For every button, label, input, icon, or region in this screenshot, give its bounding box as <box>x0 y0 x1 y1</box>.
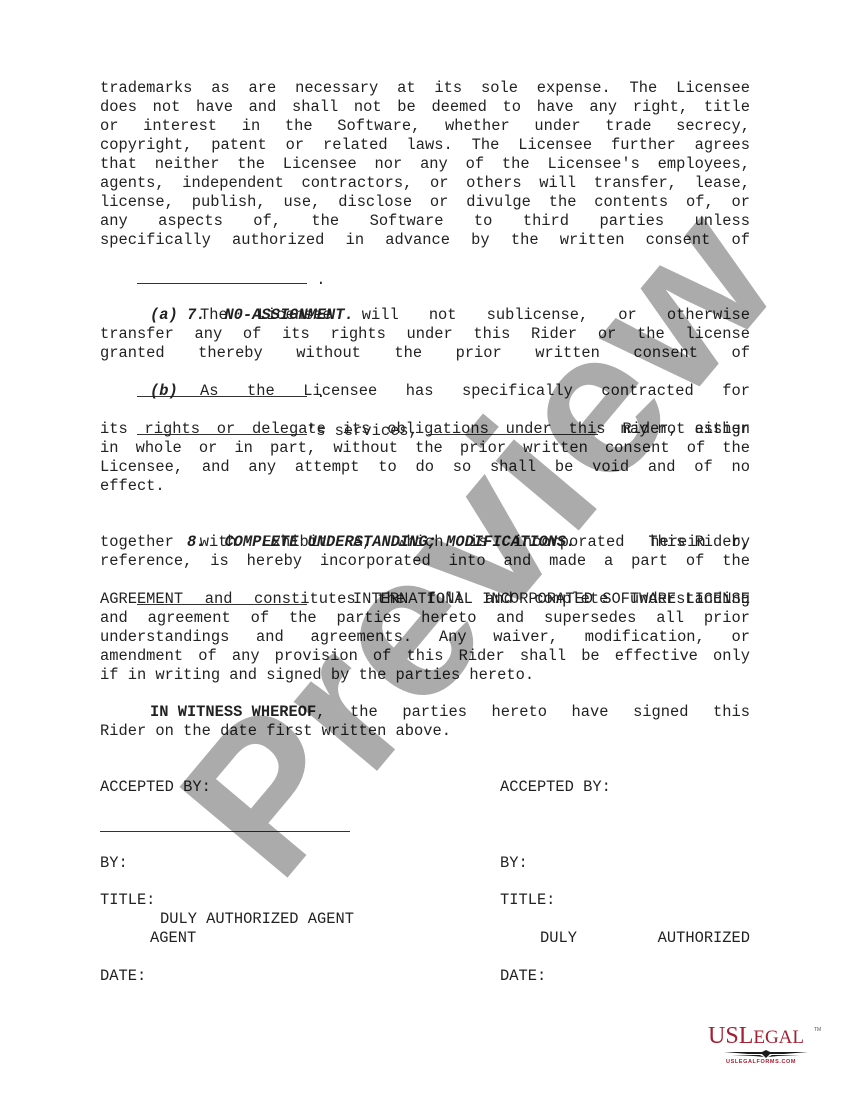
body-text-line: together with Exhibit A, which is incorp… <box>100 533 750 552</box>
title-word: AUTHORIZED <box>658 929 750 948</box>
body-text-line: understandings and agreements. Any waive… <box>100 628 750 647</box>
left-accepted-by-label: ACCEPTED BY: <box>100 778 400 797</box>
left-title-label: TITLE: <box>100 891 400 910</box>
logo-wordmark: USLEGAL <box>708 1024 804 1050</box>
body-text-line: in whole or in part, without the prior w… <box>100 439 750 458</box>
body-text-line: if in writing and signed by the parties … <box>100 666 750 685</box>
witness-first-line: IN WITNESS WHEREOF, the parties hereto h… <box>100 703 750 722</box>
clause-label: (b) <box>150 382 200 401</box>
body-text-line: AGREEMENT and constitutes the full and c… <box>100 590 750 609</box>
body-text-line: transfer any of its rights under this Ri… <box>100 325 750 344</box>
body-text-line: amendment of any provision of this Rider… <box>100 647 750 666</box>
right-accepted-by-label: ACCEPTED BY: <box>500 778 750 797</box>
body-text-line: or interest in the Software, whether und… <box>100 117 750 136</box>
title-word: DULY <box>540 929 577 948</box>
body-text: , the parties hereto have signed this <box>316 703 750 722</box>
body-text-line: effect. <box>100 477 750 496</box>
body-text-line: Licensee, and any attempt to do so shall… <box>100 458 750 477</box>
body-text-line: Rider on the date first written above. <box>100 722 750 741</box>
fill-in-blank[interactable] <box>137 269 307 284</box>
right-date-label: DATE: <box>500 967 750 986</box>
blank-line-consent-party: . <box>100 363 750 382</box>
section-7b-services-line: 's services,may not assign <box>100 401 750 420</box>
body-text-line: its rights or delegate its obligations u… <box>100 420 750 439</box>
section-7a-first-line: (a)The Licensee will not sublicense, or … <box>100 306 750 325</box>
body-text-line: that neither the Licensee nor any of the… <box>100 155 750 174</box>
witness-heading: IN WITNESS WHEREOF <box>150 703 316 722</box>
section-7-heading: 7.N0-ASSIGNMENT. <box>100 287 750 306</box>
body-text-line: specifically authorized in advance by th… <box>100 231 750 250</box>
right-title-label: TITLE: <box>500 891 750 910</box>
body-text-line: license, publish, use, disclose or divul… <box>100 193 750 212</box>
uslegal-logo[interactable]: USLEGAL TM USLEGALFORMS.COM <box>706 1024 826 1069</box>
right-title-value: DULYAUTHORIZED <box>500 910 750 929</box>
body-text-line: copyright, patent or related laws. The L… <box>100 136 750 155</box>
body-text-line: As the Licensee has specifically contrac… <box>200 382 750 401</box>
left-signature-line[interactable] <box>100 831 350 832</box>
eagle-wings-icon <box>724 1050 808 1058</box>
left-title-value-wrap: AGENT <box>150 929 350 948</box>
trademark-symbol: TM <box>814 1027 821 1033</box>
logo-url: USLEGALFORMS.COM <box>726 1059 796 1065</box>
body-text-line: any aspects of, the Software to third pa… <box>100 212 750 231</box>
body-text-line: granted thereby without the prior writte… <box>100 344 750 363</box>
agreement-name-line: INTERNATIONAL INCORPORATED SOFTWARE LICE… <box>100 571 750 590</box>
body-text-line: trademarks as are necessary at its sole … <box>100 79 750 98</box>
blank-line-consent-party: . <box>100 250 750 269</box>
logo-us: US <box>708 1023 739 1049</box>
left-date-label: DATE: <box>100 967 400 986</box>
section-7b-first-line: (b)As the Licensee has specifically cont… <box>100 382 750 401</box>
left-title-value: DULY AUTHORIZED AGENT <box>160 910 420 929</box>
document-page: trademarks as are necessary at its sole … <box>0 0 850 1100</box>
clause-label: (a) <box>150 306 200 325</box>
body-text-line: and agreement of the parties hereto and … <box>100 609 750 628</box>
body-text-line: agents, independent contractors, or othe… <box>100 174 750 193</box>
body-text-line: does not have and shall not be deemed to… <box>100 98 750 117</box>
section-8-first-line: 8.COMPLETE UNDERSTANDING; MODIFICATIONS.… <box>100 514 750 533</box>
left-by-label: BY: <box>100 854 400 873</box>
body-text-line: reference, is hereby incorporated into a… <box>100 552 750 571</box>
logo-l: L <box>739 1023 754 1049</box>
body-text-line: The Licensee will not sublicense, or oth… <box>200 306 750 325</box>
right-by-label: BY: <box>500 854 750 873</box>
logo-egal: EGAL <box>753 1027 804 1048</box>
